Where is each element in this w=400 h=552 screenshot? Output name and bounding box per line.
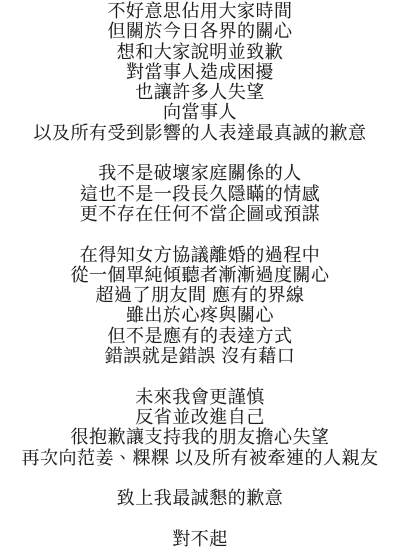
text-line: 更不存在任何不當企圖或預謀 bbox=[0, 204, 400, 224]
apology-statement: 不好意思佔用大家時間 但關於今日各界的關心 想和大家說明並致歉 對當事人造成困擾… bbox=[0, 1, 400, 549]
paragraph-promise: 未來我會更謹慎 反省並改進自己 很抱歉讓支持我的朋友擔心失望 再次向范姜、粿粿 … bbox=[0, 387, 400, 468]
paragraph-sincere-apology: 致上我最誠懇的歉意 bbox=[0, 488, 400, 508]
paragraph-opening: 不好意思佔用大家時間 但關於今日各界的關心 想和大家說明並致歉 對當事人造成困擾… bbox=[0, 1, 400, 143]
text-line: 以及所有受到影響的人表達最真誠的歉意 bbox=[0, 123, 400, 143]
text-line: 這也不是一段長久隱瞞的情感 bbox=[0, 184, 400, 204]
apology-statement-page: 不好意思佔用大家時間 但關於今日各界的關心 想和大家說明並致歉 對當事人造成困擾… bbox=[0, 0, 400, 552]
text-line: 向當事人 bbox=[0, 102, 400, 122]
text-line: 錯誤就是錯誤 沒有藉口 bbox=[0, 346, 400, 366]
text-line: 致上我最誠懇的歉意 bbox=[0, 488, 400, 508]
paragraph-sorry: 對不起 bbox=[0, 529, 400, 549]
text-line: 從一個單純傾聽者漸漸過度關心 bbox=[0, 265, 400, 285]
text-line: 超過了朋友間 應有的界線 bbox=[0, 285, 400, 305]
text-line: 未來我會更謹慎 bbox=[0, 387, 400, 407]
text-line: 對當事人造成困擾 bbox=[0, 62, 400, 82]
text-line: 也讓許多人失望 bbox=[0, 82, 400, 102]
text-line: 但關於今日各界的關心 bbox=[0, 21, 400, 41]
paragraph-explanation: 在得知女方協議離婚的過程中 從一個單純傾聽者漸漸過度關心 超過了朋友間 應有的界… bbox=[0, 245, 400, 367]
text-line: 反省並改進自己 bbox=[0, 407, 400, 427]
text-line: 不好意思佔用大家時間 bbox=[0, 1, 400, 21]
text-line: 在得知女方協議離婚的過程中 bbox=[0, 245, 400, 265]
text-line: 很抱歉讓支持我的朋友擔心失望 bbox=[0, 427, 400, 447]
paragraph-denial: 我不是破壞家庭關係的人 這也不是一段長久隱瞞的情感 更不存在任何不當企圖或預謀 bbox=[0, 163, 400, 224]
text-line: 想和大家說明並致歉 bbox=[0, 42, 400, 62]
text-line: 對不起 bbox=[0, 529, 400, 549]
text-line: 我不是破壞家庭關係的人 bbox=[0, 163, 400, 183]
text-line: 雖出於心疼與關心 bbox=[0, 305, 400, 325]
text-line: 再次向范姜、粿粿 以及所有被牽連的人親友 bbox=[0, 448, 400, 468]
text-line: 但不是應有的表達方式 bbox=[0, 326, 400, 346]
